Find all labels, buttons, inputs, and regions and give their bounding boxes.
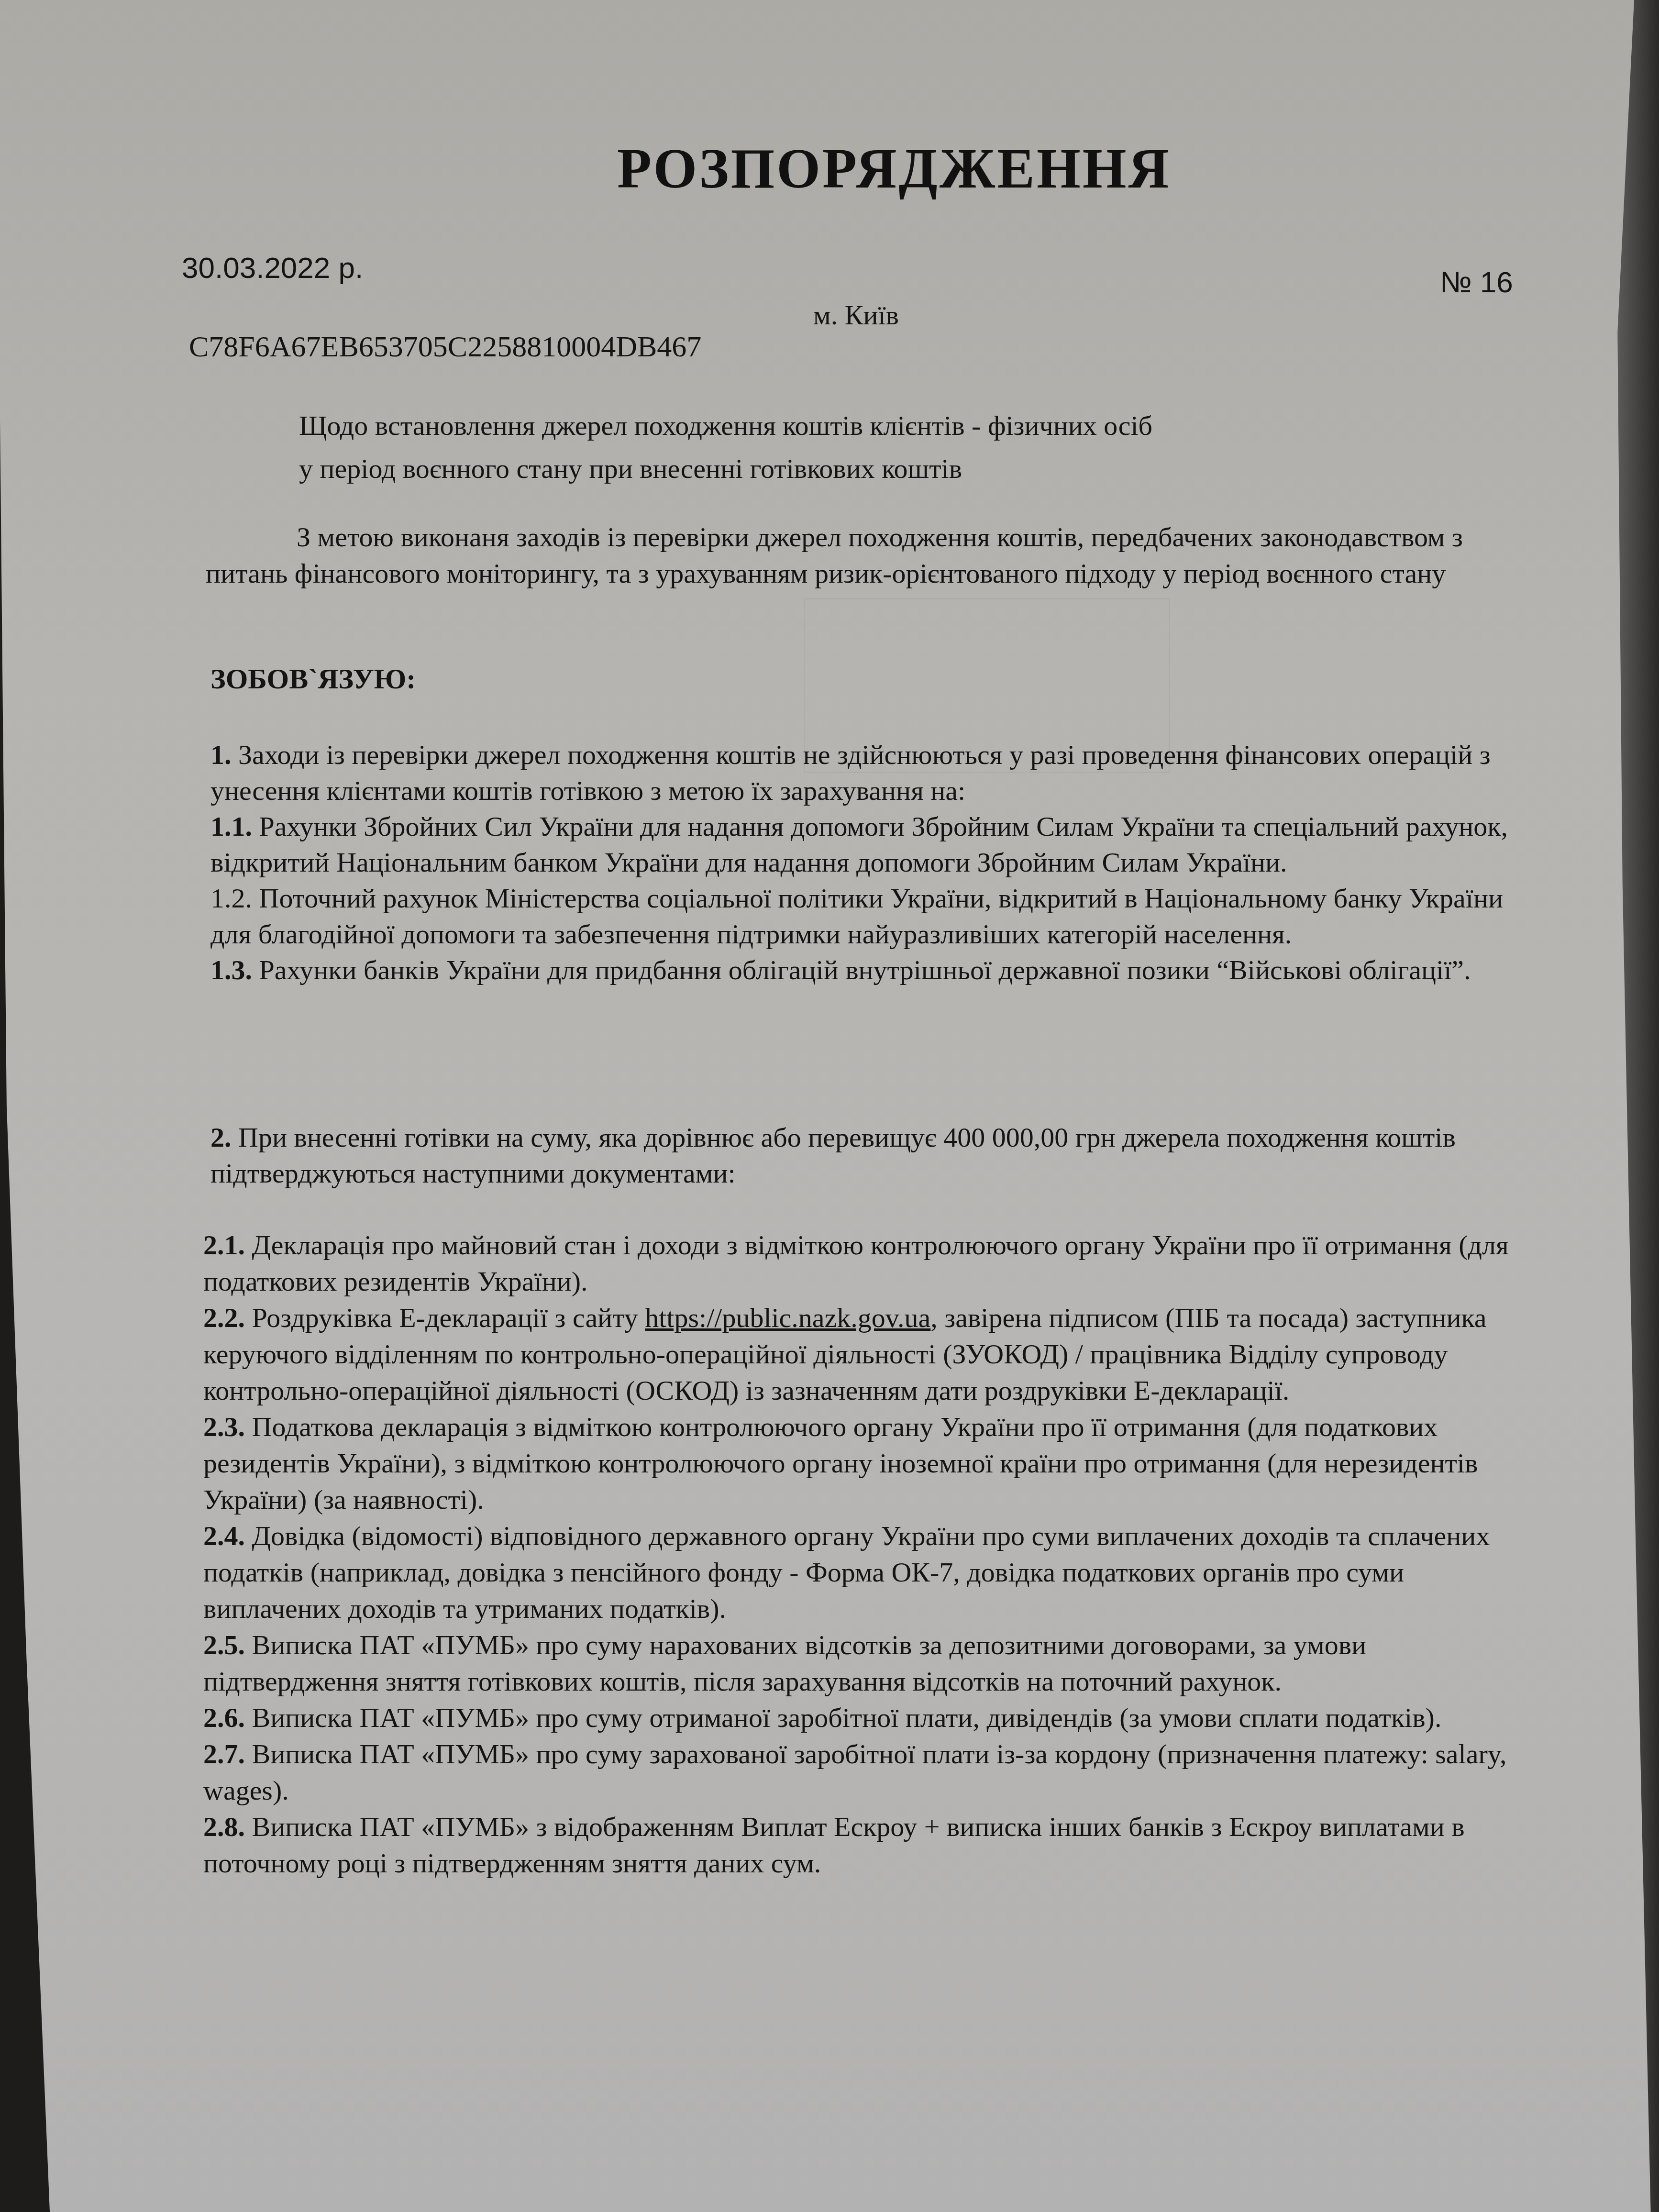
item-text: Поточний рахунок Міністерства соціальної…: [210, 883, 1503, 950]
list-item: 2.7. Виписка ПАТ «ПУМБ» про суму зарахов…: [203, 1736, 1533, 1809]
section-2-intro: 2. При внесенні готівки на суму, яка дор…: [210, 1119, 1531, 1191]
document-date: 30.03.2022 р.: [182, 251, 363, 285]
section-number: 2.: [210, 1122, 232, 1153]
list-item: 2.6. Виписка ПАТ «ПУМБ» про суму отриман…: [203, 1700, 1533, 1736]
item-text: Довідка (відомості) відповідного державн…: [203, 1520, 1490, 1624]
item-number: 1.1.: [210, 811, 252, 842]
preamble-paragraph: З метою виконаня заходів із перевірки дж…: [206, 519, 1497, 592]
oblige-heading: ЗОБОВ`ЯЗУЮ:: [210, 663, 416, 696]
item-number: 2.6.: [203, 1702, 245, 1733]
document-number: № 16: [1440, 265, 1513, 299]
list-item: 2.8. Виписка ПАТ «ПУМБ» з відображенням …: [203, 1809, 1533, 1881]
list-item: 2.1. Декларація про майновий стан і дохо…: [203, 1227, 1533, 1300]
item-text: Рахунки Збройних Сил України для надання…: [210, 811, 1508, 878]
item-text: Виписка ПАТ «ПУМБ» про суму зарахованої …: [203, 1738, 1506, 1806]
item-number: 2.3.: [203, 1411, 245, 1442]
section-1: 1. Заходи із перевірки джерел походження…: [210, 737, 1531, 988]
section-text: При внесенні готівки на суму, яка дорівн…: [210, 1122, 1456, 1189]
item-number: 2.5.: [203, 1629, 245, 1660]
document-subject: Щодо встановлення джерел походження кошт…: [299, 404, 1543, 490]
section-2-list: 2.1. Декларація про майновий стан і дохо…: [203, 1227, 1533, 1881]
section-2-paragraph: 2. При внесенні готівки на суму, яка дор…: [210, 1119, 1531, 1191]
section-text: Заходи із перевірки джерел походження ко…: [210, 739, 1491, 806]
list-item: 2.3. Податкова декларація з відміткою ко…: [203, 1409, 1533, 1518]
document-code: C78F6A67EB653705C2258810004DB467: [189, 330, 701, 364]
item-text: Виписка ПАТ «ПУМБ» про суму отриманої за…: [252, 1702, 1442, 1733]
item-number: 2.4.: [203, 1520, 245, 1551]
item-number: 1.3.: [210, 954, 252, 985]
item-text: Рахунки банків України для придбання обл…: [259, 954, 1471, 985]
item-number: 2.1.: [203, 1229, 245, 1261]
list-item: 1.2. Поточний рахунок Міністерства соціа…: [210, 880, 1531, 952]
item-text: Роздруківка Е-декларації з сайту: [252, 1302, 638, 1333]
list-item: 2.2. Роздруківка Е-декларації з сайту ht…: [203, 1300, 1533, 1409]
subject-line: Щодо встановлення джерел походження кошт…: [299, 404, 1543, 447]
subject-line: у період воєнного стану при внесенні гот…: [299, 447, 1543, 490]
item-text: Декларація про майновий стан і доходи з …: [203, 1229, 1509, 1297]
list-item: 2.4. Довідка (відомості) відповідного де…: [203, 1518, 1533, 1627]
item-number: 2.2.: [203, 1302, 245, 1333]
item-number: 2.7.: [203, 1738, 245, 1770]
document-city: м. Київ: [813, 299, 899, 331]
item-number: 1.2.: [210, 883, 252, 914]
list-item: 1.3. Рахунки банків України для придбанн…: [210, 952, 1531, 988]
section-number: 1.: [210, 739, 232, 770]
list-item: 2.5. Виписка ПАТ «ПУМБ» про суму нарахов…: [203, 1627, 1533, 1700]
item-text: Податкова декларація з відміткою контрол…: [203, 1411, 1478, 1515]
nazk-link[interactable]: https://public.nazk.gov.ua: [645, 1302, 930, 1333]
document-page: РОЗПОРЯДЖЕННЯ 30.03.2022 р. № 16 м. Київ…: [0, 0, 1659, 2212]
item-text: Виписка ПАТ «ПУМБ» про суму нарахованих …: [203, 1629, 1366, 1697]
item-number: 2.8.: [203, 1811, 245, 1842]
list-item: 1.1. Рахунки Збройних Сил України для на…: [210, 808, 1531, 880]
section-1-intro: 1. Заходи із перевірки джерел походження…: [210, 737, 1531, 808]
document-title: РОЗПОРЯДЖЕННЯ: [617, 136, 1171, 201]
item-text: Виписка ПАТ «ПУМБ» з відображенням Випла…: [203, 1811, 1465, 1879]
